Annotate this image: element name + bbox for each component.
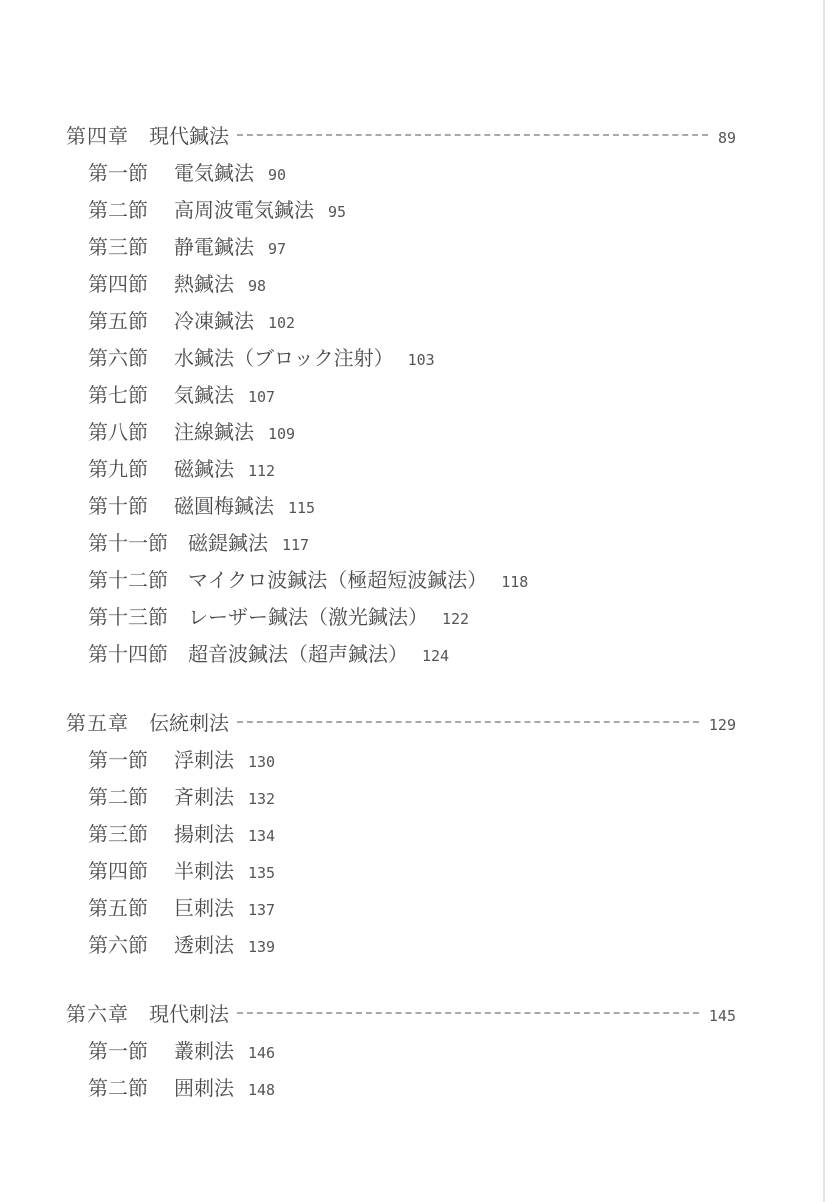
section-title: 叢刺法 [174,1033,234,1070]
section-entry[interactable]: 第十三節レーザー鍼法（激光鍼法）122 [66,599,736,636]
section-page: 103 [408,342,435,379]
chapter-page: 145 [709,998,736,1035]
section-page: 117 [282,527,309,564]
section-number: 第四節 [88,266,154,303]
section-page: 135 [248,855,275,892]
section-title: 気鍼法 [174,377,234,414]
section-page: 107 [248,379,275,416]
section-page: 98 [248,268,266,305]
section-entry[interactable]: 第八節注線鍼法109 [66,414,736,451]
section-number: 第二節 [88,192,154,229]
section-entry[interactable]: 第二節斉刺法132 [66,779,736,816]
table-of-contents: 第四章 現代鍼法 89 第一節電気鍼法90 第二節高周波電気鍼法95 第三節静電… [66,118,736,1139]
section-title: 巨刺法 [174,890,234,927]
section-page: 112 [248,453,275,490]
section-entry[interactable]: 第十四節超音波鍼法（超声鍼法）124 [66,636,736,673]
dot-leader [237,721,699,723]
section-page: 118 [501,564,528,601]
dot-leader [237,134,708,136]
section-number: 第十四節 [88,636,168,673]
section-title: 揚刺法 [174,816,234,853]
section-page: 97 [268,231,286,268]
section-entry[interactable]: 第二節囲刺法148 [66,1070,736,1107]
section-entry[interactable]: 第一節叢刺法146 [66,1033,736,1070]
section-entry[interactable]: 第二節高周波電気鍼法95 [66,192,736,229]
section-number: 第十三節 [88,599,168,636]
chapter-page: 129 [709,707,736,744]
section-number: 第十節 [88,488,154,525]
section-page: 132 [248,781,275,818]
section-number: 第五節 [88,303,154,340]
section-page: 122 [442,601,469,638]
chapter-title: 伝統刺法 [149,705,229,742]
section-title: 浮刺法 [174,742,234,779]
section-title: 水鍼法（ブロック注射） [174,340,394,377]
section-number: 第六節 [88,340,154,377]
chapter-title: 現代刺法 [149,996,229,1033]
section-number: 第三節 [88,816,154,853]
chapter-5: 第五章 伝統刺法 129 第一節浮刺法130 第二節斉刺法132 第三節揚刺法1… [66,705,736,964]
chapter-heading[interactable]: 第五章 伝統刺法 129 [66,705,736,742]
section-title: 高周波電気鍼法 [174,192,314,229]
section-title: 囲刺法 [174,1070,234,1107]
section-title: 半刺法 [174,853,234,890]
section-title: 電気鍼法 [174,155,254,192]
section-number: 第四節 [88,853,154,890]
section-number: 第八節 [88,414,154,451]
section-title: 静電鍼法 [174,229,254,266]
section-entry[interactable]: 第三節静電鍼法97 [66,229,736,266]
section-entry[interactable]: 第九節磁鍼法112 [66,451,736,488]
section-entry[interactable]: 第四節熱鍼法98 [66,266,736,303]
section-page: 139 [248,929,275,966]
chapter-page: 89 [718,120,736,157]
chapter-title: 現代鍼法 [149,118,229,155]
section-page: 109 [268,416,295,453]
section-title: 磁圓梅鍼法 [174,488,274,525]
section-page: 124 [422,638,449,675]
section-title: 冷凍鍼法 [174,303,254,340]
section-title: 磁鍼法 [174,451,234,488]
section-number: 第七節 [88,377,154,414]
section-title: 熱鍼法 [174,266,234,303]
section-number: 第六節 [88,927,154,964]
section-entry[interactable]: 第五節巨刺法137 [66,890,736,927]
section-title: 注線鍼法 [174,414,254,451]
section-entry[interactable]: 第六節水鍼法（ブロック注射）103 [66,340,736,377]
section-entry[interactable]: 第七節気鍼法107 [66,377,736,414]
section-entry[interactable]: 第六節透刺法139 [66,927,736,964]
section-number: 第一節 [88,155,154,192]
section-number: 第九節 [88,451,154,488]
section-entry[interactable]: 第一節浮刺法130 [66,742,736,779]
section-entry[interactable]: 第五節冷凍鍼法102 [66,303,736,340]
section-page: 95 [328,194,346,231]
section-number: 第十二節 [88,562,168,599]
dot-leader [237,1012,699,1014]
page-edge-line [823,0,825,1202]
chapter-6: 第六章 現代刺法 145 第一節叢刺法146 第二節囲刺法148 [66,996,736,1107]
section-page: 148 [248,1072,275,1109]
section-title: 斉刺法 [174,779,234,816]
section-page: 134 [248,818,275,855]
section-page: 137 [248,892,275,929]
section-page: 130 [248,744,275,781]
section-page: 146 [248,1035,275,1072]
chapter-heading[interactable]: 第六章 現代刺法 145 [66,996,736,1033]
section-title: 超音波鍼法（超声鍼法） [188,636,408,673]
section-title: レーザー鍼法（激光鍼法） [188,599,428,636]
section-entry[interactable]: 第三節揚刺法134 [66,816,736,853]
section-number: 第二節 [88,779,154,816]
section-entry[interactable]: 第一節電気鍼法90 [66,155,736,192]
section-entry[interactable]: 第十節磁圓梅鍼法115 [66,488,736,525]
section-title: マイクロ波鍼法（極超短波鍼法） [188,562,487,599]
section-entry[interactable]: 第十二節マイクロ波鍼法（極超短波鍼法）118 [66,562,736,599]
section-number: 第一節 [88,742,154,779]
section-entry[interactable]: 第四節半刺法135 [66,853,736,890]
chapter-4: 第四章 現代鍼法 89 第一節電気鍼法90 第二節高周波電気鍼法95 第三節静電… [66,118,736,673]
chapter-number: 第六章 [66,996,129,1033]
section-page: 102 [268,305,295,342]
section-number: 第二節 [88,1070,154,1107]
section-title: 透刺法 [174,927,234,964]
section-number: 第五節 [88,890,154,927]
section-number: 第十一節 [88,525,168,562]
section-number: 第三節 [88,229,154,266]
chapter-number: 第五章 [66,705,129,742]
section-number: 第一節 [88,1033,154,1070]
chapter-number: 第四章 [66,118,129,155]
chapter-heading[interactable]: 第四章 現代鍼法 89 [66,118,736,155]
section-page: 90 [268,157,286,194]
section-entry[interactable]: 第十一節磁鍉鍼法117 [66,525,736,562]
section-title: 磁鍉鍼法 [188,525,268,562]
section-page: 115 [288,490,315,527]
